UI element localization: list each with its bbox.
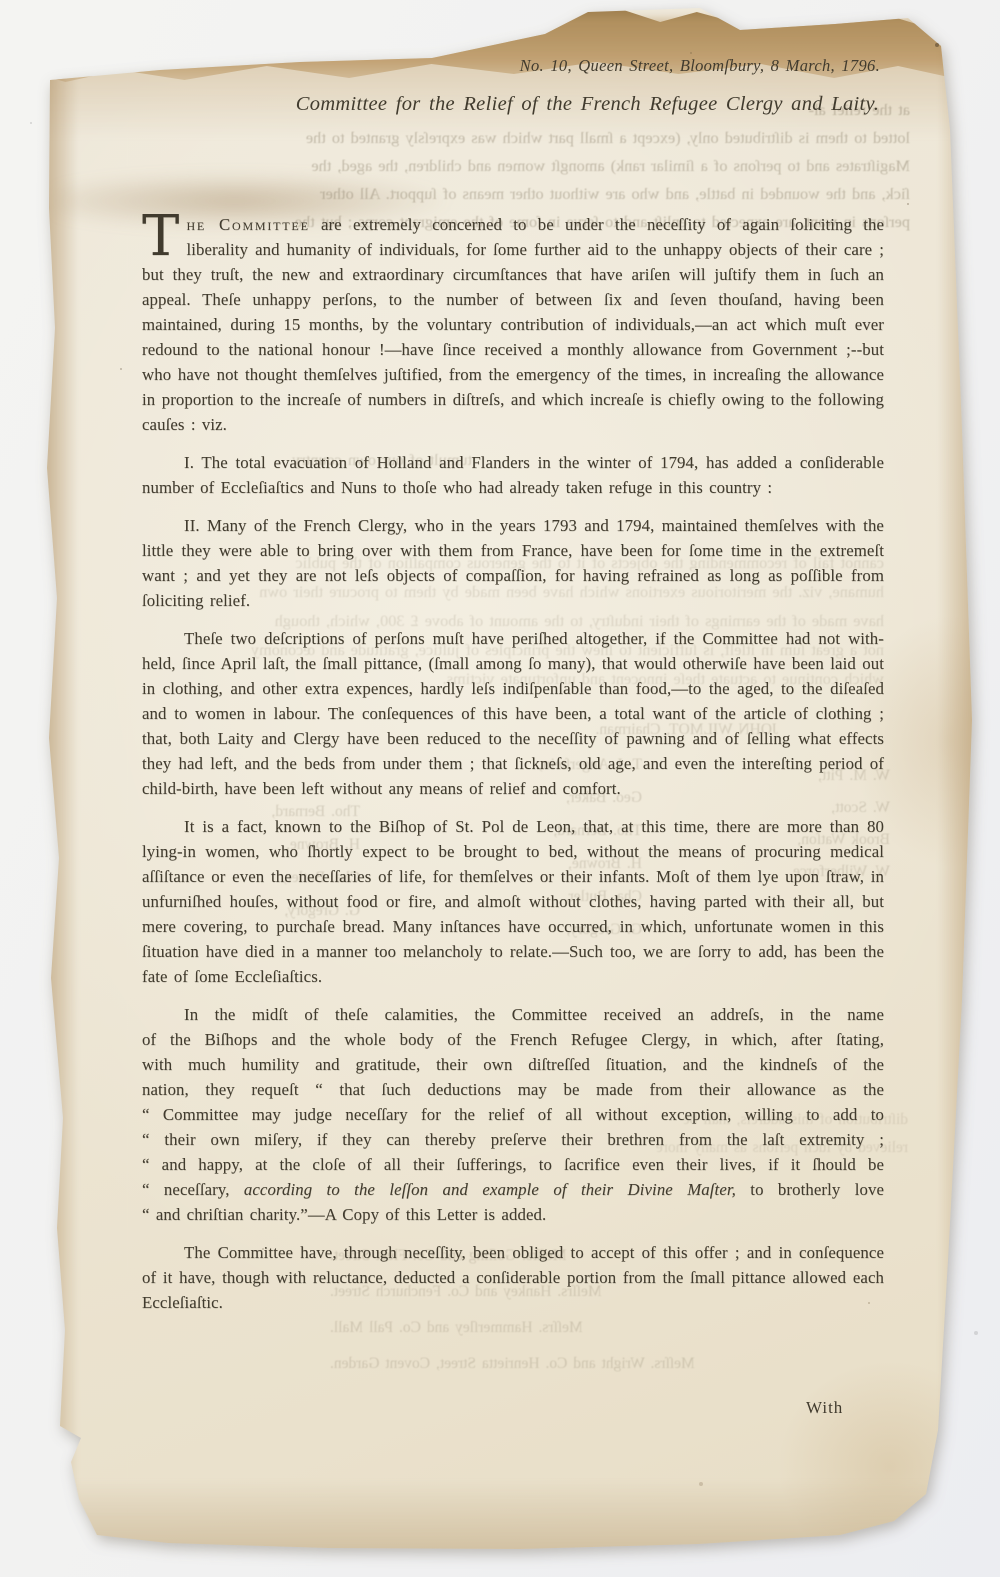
drop-cap: T bbox=[142, 212, 186, 259]
photo-background: at the relief al- lotted to them is diſt… bbox=[0, 0, 1000, 1577]
address-line: “ Committee may judge neceſſary for the … bbox=[142, 1102, 884, 1127]
bottom-edge-shading bbox=[50, 1480, 950, 1555]
address-italic-phrase: according to the leſſon and example of t… bbox=[244, 1180, 736, 1199]
bleedthrough-line: Magiſtrates and to perſons of a ſimilar … bbox=[134, 152, 910, 180]
address-line: of the Biſhops and the whole body of the… bbox=[142, 1027, 884, 1052]
address-italic-pre: “ neceſſary, bbox=[142, 1180, 244, 1199]
paragraph-cause-2: II. Many of the French Clergy, who in th… bbox=[142, 513, 884, 613]
catchword: With bbox=[806, 1398, 843, 1418]
opening-paragraph: T he Committee are extremely concerned t… bbox=[142, 212, 884, 437]
address-line: “ their own miſery, if they can thereby … bbox=[142, 1127, 884, 1152]
address-paragraph: In the midſt of theſe calamities, the Co… bbox=[142, 1002, 884, 1227]
bleedthrough-line: ſick, and the wounded in battle, and who… bbox=[134, 180, 910, 208]
address-line: nation, they requeſt “ that ſuch deducti… bbox=[142, 1077, 884, 1102]
right-tanned-edge bbox=[938, 0, 978, 1577]
address-line: “ and chriſtian charity.”—A Copy of this… bbox=[142, 1202, 884, 1227]
left-deckle-edge bbox=[44, 40, 78, 1540]
address-line-italic: “ neceſſary, according to the leſſon and… bbox=[142, 1177, 884, 1202]
paragraph-cause-1: I. The total evacuation of Holland and F… bbox=[142, 450, 884, 500]
address-line: “ and happy, at the cloſe of all their ſ… bbox=[142, 1152, 884, 1177]
dust-specks bbox=[0, 0, 2, 2]
dateline: No. 10, Queen Street, Bloomſbury, 8 Marc… bbox=[520, 56, 880, 76]
bleedthrough-line: lotted to them is diſtributed only, (exc… bbox=[134, 124, 910, 152]
paragraph-lying-in-women: It is a fact, known to the Biſhop of St.… bbox=[142, 814, 884, 989]
address-line: In the midſt of theſe calamities, the Co… bbox=[142, 1002, 884, 1027]
closing-paragraph: The Committee have, through neceſſity, b… bbox=[142, 1240, 884, 1315]
paper-shadow-wrap: at the relief al- lotted to them is diſt… bbox=[0, 0, 1000, 1577]
paragraph-descriptions: Theſe two deſcriptions of perſons muſt h… bbox=[142, 626, 884, 801]
document-paper: at the relief al- lotted to them is diſt… bbox=[0, 0, 1000, 1577]
document-title: Committee for the Relief of the French R… bbox=[255, 93, 920, 116]
address-italic-post: to brotherly love bbox=[736, 1180, 884, 1199]
document-body: T he Committee are extremely concerned t… bbox=[142, 212, 884, 1328]
opening-text: are extremely concerned to be under the … bbox=[142, 215, 884, 434]
address-line: with much humility and gratitude, their … bbox=[142, 1052, 884, 1077]
small-caps-lead: he Committee bbox=[186, 215, 309, 234]
bleedthrough-line: Meſſrs. Wright and Co. Henrietta Street,… bbox=[330, 1346, 760, 1382]
